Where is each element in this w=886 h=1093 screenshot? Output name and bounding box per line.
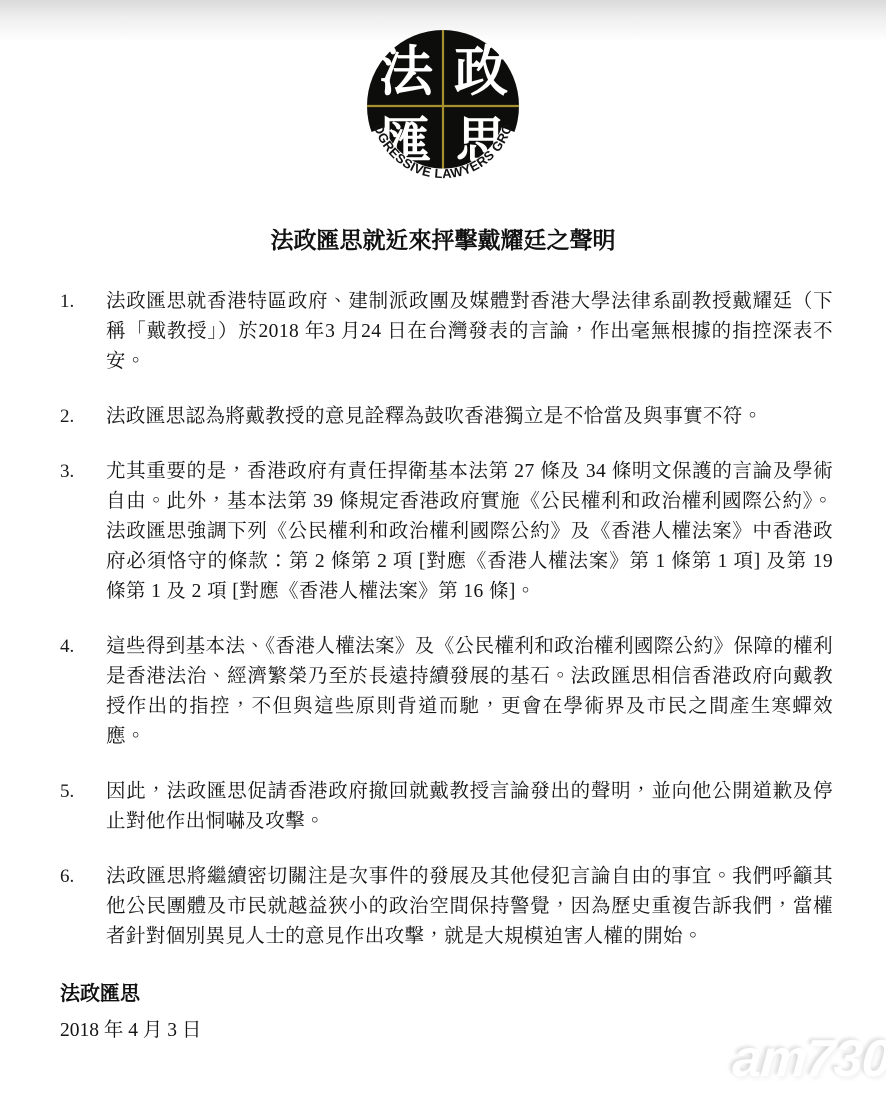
statement-item-2: 2. 法政匯思認為將戴教授的意見詮釋為鼓吹香港獨立是不恰當及與事實不符。 (60, 402, 833, 432)
statement-item-1: 1. 法政匯思就香港特區政府、建制派政團及媒體對香港大學法律系副教授戴耀廷（下稱… (60, 287, 833, 377)
item-text: 尤其重要的是，香港政府有責任捍衛基本法第 27 條及 34 條明文保護的言論及學… (106, 457, 833, 607)
item-text: 法政匯思認為將戴教授的意見詮釋為鼓吹香港獨立是不恰當及與事實不符。 (106, 402, 833, 432)
scanned-statement-page: { "page": { "background": "#ffffff", "to… (0, 0, 886, 1093)
statement-body: 1. 法政匯思就香港特區政府、建制派政團及媒體對香港大學法律系副教授戴耀廷（下稱… (0, 287, 886, 952)
statement-item-3: 3. 尤其重要的是，香港政府有責任捍衛基本法第 27 條及 34 條明文保護的言… (60, 457, 833, 607)
item-text: 法政匯思就香港特區政府、建制派政團及媒體對香港大學法律系副教授戴耀廷（下稱「戴教… (106, 287, 833, 377)
item-number: 3. (60, 457, 106, 607)
item-text: 因此，法政匯思促請香港政府撤回就戴教授言論發出的聲明，並向他公開道歉及停止對他作… (106, 777, 833, 837)
signature-org-name: 法政匯思 (0, 977, 886, 1006)
item-number: 5. (60, 777, 106, 837)
progressive-lawyers-group-logo: 法 政 匯 思 PROGRESSIVE LAWYERS GROUP (343, 14, 543, 196)
logo-char-top-left: 法 (379, 42, 434, 102)
page-title: 法政匯思就近來抨擊戴耀廷之聲明 (0, 222, 886, 255)
item-text: 法政匯思將繼續密切關注是次事件的發展及其他侵犯言論自由的事宜。我們呼籲其他公民團… (106, 862, 833, 952)
item-number: 1. (60, 287, 106, 377)
statement-item-4: 4. 這些得到基本法、《香港人權法案》及《公民權利和政治權利國際公約》保障的權利… (60, 632, 833, 752)
item-number: 6. (60, 862, 106, 952)
item-number: 4. (60, 632, 106, 752)
statement-item-6: 6. 法政匯思將繼續密切關注是次事件的發展及其他侵犯言論自由的事宜。我們呼籲其他… (60, 862, 833, 952)
statement-item-5: 5. 因此，法政匯思促請香港政府撤回就戴教授言論發出的聲明，並向他公開道歉及停止… (60, 777, 833, 837)
item-number: 2. (60, 402, 106, 432)
logo-char-top-right: 政 (454, 42, 508, 102)
statement-date: 2018 年 4 月 3 日 (0, 1014, 886, 1042)
item-text: 這些得到基本法、《香港人權法案》及《公民權利和政治權利國際公約》保障的權利是香港… (106, 632, 833, 752)
logo-svg: 法 政 匯 思 PROGRESSIVE LAWYERS GROUP (343, 14, 543, 196)
